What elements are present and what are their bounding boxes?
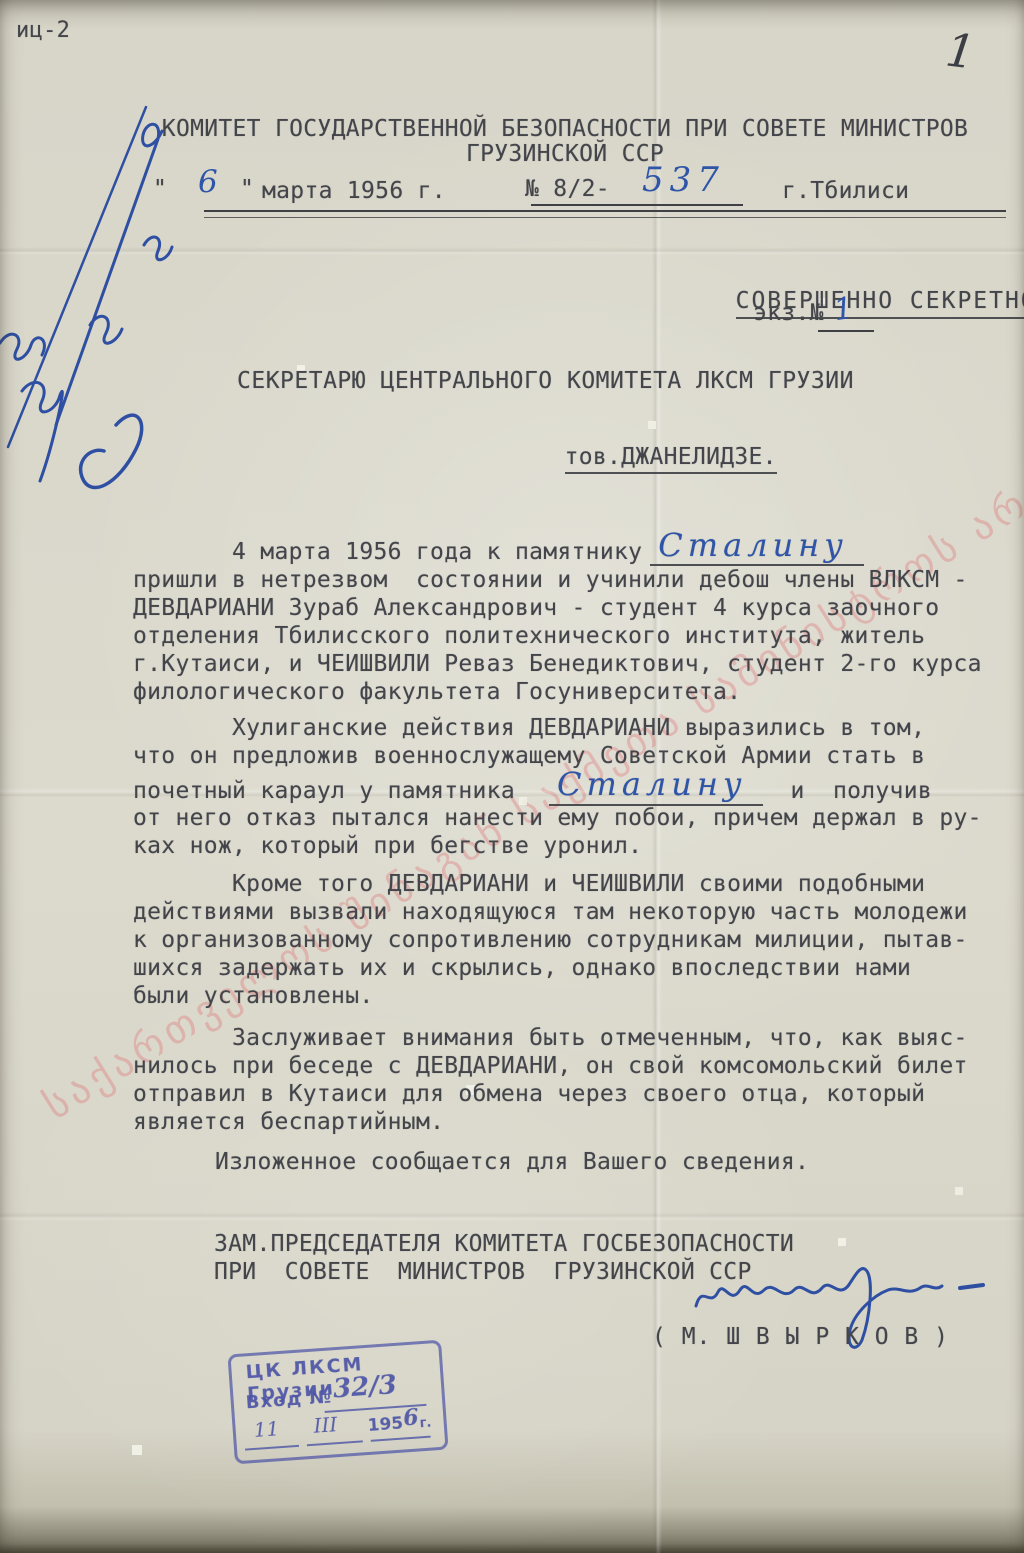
body-line: Хулиганские действия ДЕВДАРИАНИ выразили… [133, 714, 1018, 742]
handwritten-insert-underlined: Сталину [549, 770, 763, 806]
stamp-date-year-handwritten: 6 [402, 1404, 419, 1431]
body-line: нилось при беседе с ДЕВДАРИАНИ, он свой … [133, 1052, 1018, 1080]
body-line: были установлены. [133, 982, 1018, 1010]
signer-title-line2: ПРИ СОВЕТЕ МИНИСТРОВ ГРУЗИНСКОЙ ССР [214, 1259, 752, 1285]
letterhead-org-line2: ГРУЗИНСКОЙ ССР [140, 141, 990, 167]
body-line: ДЕВДАРИАНИ Зураб Александрович - студент… [133, 594, 1018, 622]
body-text: и получив [791, 778, 932, 804]
body-line: Кроме того ДЕВДАРИАНИ и ЧЕИШВИЛИ своими … [133, 870, 1018, 898]
document-scan: საქართველოს შინაგან საქმეთა სამინისტროს … [0, 0, 1024, 1553]
addressee-name: тов.ДЖАНЕЛИДЗЕ. [565, 444, 777, 474]
body-line: отделения Тбилисского политехнического и… [133, 622, 1018, 650]
stamp-dash [307, 1440, 363, 1446]
body-line: к организованному сопротивлению сотрудни… [133, 926, 1018, 954]
horizontal-crease [0, 1212, 1024, 1221]
stamp-entry-label: Вход № [245, 1386, 332, 1413]
body-line: почетный караул у памятникаСталинуи полу… [133, 770, 1018, 804]
handwritten-page-number: 1 [943, 22, 979, 79]
margin-resolution-handwriting [0, 95, 234, 495]
stamp-date-suffix: г. [419, 1416, 432, 1432]
body-line: действиями вызвали находящуюся там некот… [133, 898, 1018, 926]
body-line: ках нож, который при бегстве уронил. [133, 832, 1018, 860]
date-quote-close: " [240, 176, 254, 202]
body-line: филологического факультета Госуниверсите… [133, 678, 1018, 706]
copy-number-underline [818, 330, 874, 332]
letter-body: 4 марта 1956 года к памятникуСталину при… [133, 530, 1018, 1176]
outgoing-number-label: № 8/2- [525, 176, 610, 202]
incoming-registration-stamp: ЦК ЛКСМ Грузии Вход № 32/3 11 III 195 6 … [227, 1340, 448, 1465]
letterhead-org-line1: КОМИТЕТ ГОСУДАРСТВЕННОЙ БЕЗОПАСНОСТИ ПРИ… [140, 116, 990, 142]
stamp-date-year-printed: 195 [367, 1414, 404, 1436]
handwritten-stalin: Сталину [557, 765, 747, 803]
body-line: Заслуживает внимания быть отмеченным, чт… [133, 1024, 1018, 1052]
stamp-date-month-handwritten: III [313, 1412, 338, 1438]
addressee-line2: тов.ДЖАНЕЛИДЗЕ. [508, 418, 777, 496]
corner-code: иц-2 [16, 18, 70, 43]
signer-name: ( М. Ш В Ы Р К О В ) [652, 1324, 949, 1350]
date-text: марта 1956 г. [262, 178, 446, 204]
body-text: 4 марта 1956 года к памятнику [232, 539, 642, 565]
body-line: 4 марта 1956 года к памятникуСталину [133, 530, 1018, 566]
city: г.Тбилиси [782, 178, 909, 204]
handwritten-insert-underlined: Сталину [650, 530, 864, 566]
stamp-dash [371, 1436, 431, 1442]
body-line: шихся задержать их и скрылись, однако вп… [133, 954, 1018, 982]
body-line: от него отказ пытался нанести ему побои,… [133, 804, 1018, 832]
body-line: г.Кутаиси, и ЧЕИШВИЛИ Реваз Бенедиктович… [133, 650, 1018, 678]
copy-label: экз.№ [753, 300, 824, 326]
body-line: отправил в Кутаиси для обмена через свое… [133, 1080, 1018, 1108]
number-underline [531, 204, 743, 206]
paper-damage-specks [0, 0, 2, 2]
stamp-dash [245, 1445, 299, 1451]
handwritten-outgoing-number: 537 [642, 160, 725, 200]
stamp-date-day-handwritten: 11 [253, 1416, 280, 1442]
body-line: пришли в нетрезвом состоянии и учинили д… [133, 566, 1018, 594]
stamp-entry-number-handwritten: 32/3 [332, 1370, 398, 1404]
handwritten-stalin: Сталину [658, 526, 848, 564]
letterhead-rule [204, 210, 1006, 218]
body-line: является беспартийным. [133, 1108, 1018, 1136]
body-text: почетный караул у памятника [133, 778, 515, 804]
closing-line: Изложенное сообщается для Вашего сведени… [133, 1148, 1018, 1176]
addressee-line1: СЕКРЕТАРЮ ЦЕНТРАЛЬНОГО КОМИТЕТА ЛКСМ ГРУ… [237, 368, 854, 394]
